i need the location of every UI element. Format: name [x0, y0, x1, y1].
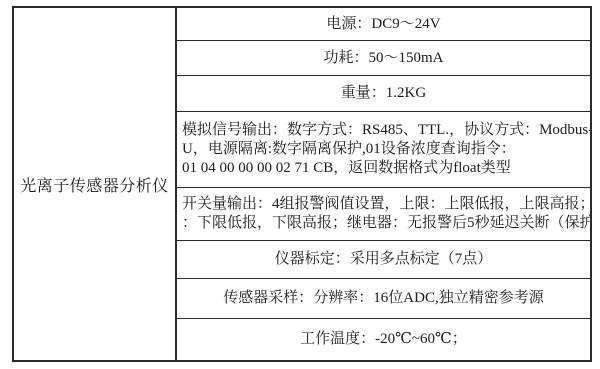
spec-row-switch-output: 开关量输出：4组报警阀值设置，上限：上限低报，上限高报；下限 ：下限低报，下限高… — [177, 187, 590, 239]
analog-output-line-2: U，电源隔离:数字隔离保护,01设备浓度查询指令： — [182, 140, 516, 159]
weight-value: 重量：1.2KG — [341, 84, 426, 103]
spec-row-power: 电源：DC9～24V — [177, 8, 590, 40]
spec-rows: 电源：DC9～24V 功耗：50～150mA 重量：1.2KG 模拟信号输出：数… — [177, 8, 590, 360]
spec-row-analog-output: 模拟信号输出：数字方式：RS485、TTL.，协议方式：Modbus-RT U，… — [177, 111, 590, 187]
spec-row-calibration: 仪器标定：采用多点标定（7点） — [177, 240, 590, 278]
spec-row-weight: 重量：1.2KG — [177, 75, 590, 111]
switch-output-line-1: 开关量输出：4组报警阀值设置，上限：上限低报，上限高报；下限 — [182, 195, 590, 214]
product-name: 光离子传感器分析仪 — [20, 173, 169, 196]
consumption-value: 功耗：50～150mA — [323, 49, 443, 68]
sampling-value: 传感器采样：分辨率：16位ADC,独立精密参考源 — [223, 289, 543, 308]
spec-row-sampling: 传感器采样：分辨率：16位ADC,独立精密参考源 — [177, 278, 590, 319]
analog-output-line-1: 模拟信号输出：数字方式：RS485、TTL.，协议方式：Modbus-RT — [182, 121, 590, 140]
spec-row-consumption: 功耗：50～150mA — [177, 40, 590, 75]
analog-output-line-3: 01 04 00 00 00 02 71 CB，返回数据格式为float类型 — [182, 159, 511, 178]
temperature-value: 工作温度：-20℃~60℃； — [300, 330, 467, 349]
product-spec-table: 光离子传感器分析仪 电源：DC9～24V 功耗：50～150mA 重量：1.2K… — [12, 6, 592, 362]
switch-output-line-2: ：下限低报，下限高报；继电器：无报警后5秒延迟关断（保护） — [182, 214, 590, 233]
spec-row-temperature: 工作温度：-20℃~60℃； — [177, 318, 590, 360]
power-value: 电源：DC9～24V — [326, 15, 440, 34]
spec-sheet-page: 光离子传感器分析仪 电源：DC9～24V 功耗：50～150mA 重量：1.2K… — [0, 0, 600, 369]
product-name-cell: 光离子传感器分析仪 — [14, 8, 177, 360]
calibration-value: 仪器标定：采用多点标定（7点） — [275, 250, 493, 269]
